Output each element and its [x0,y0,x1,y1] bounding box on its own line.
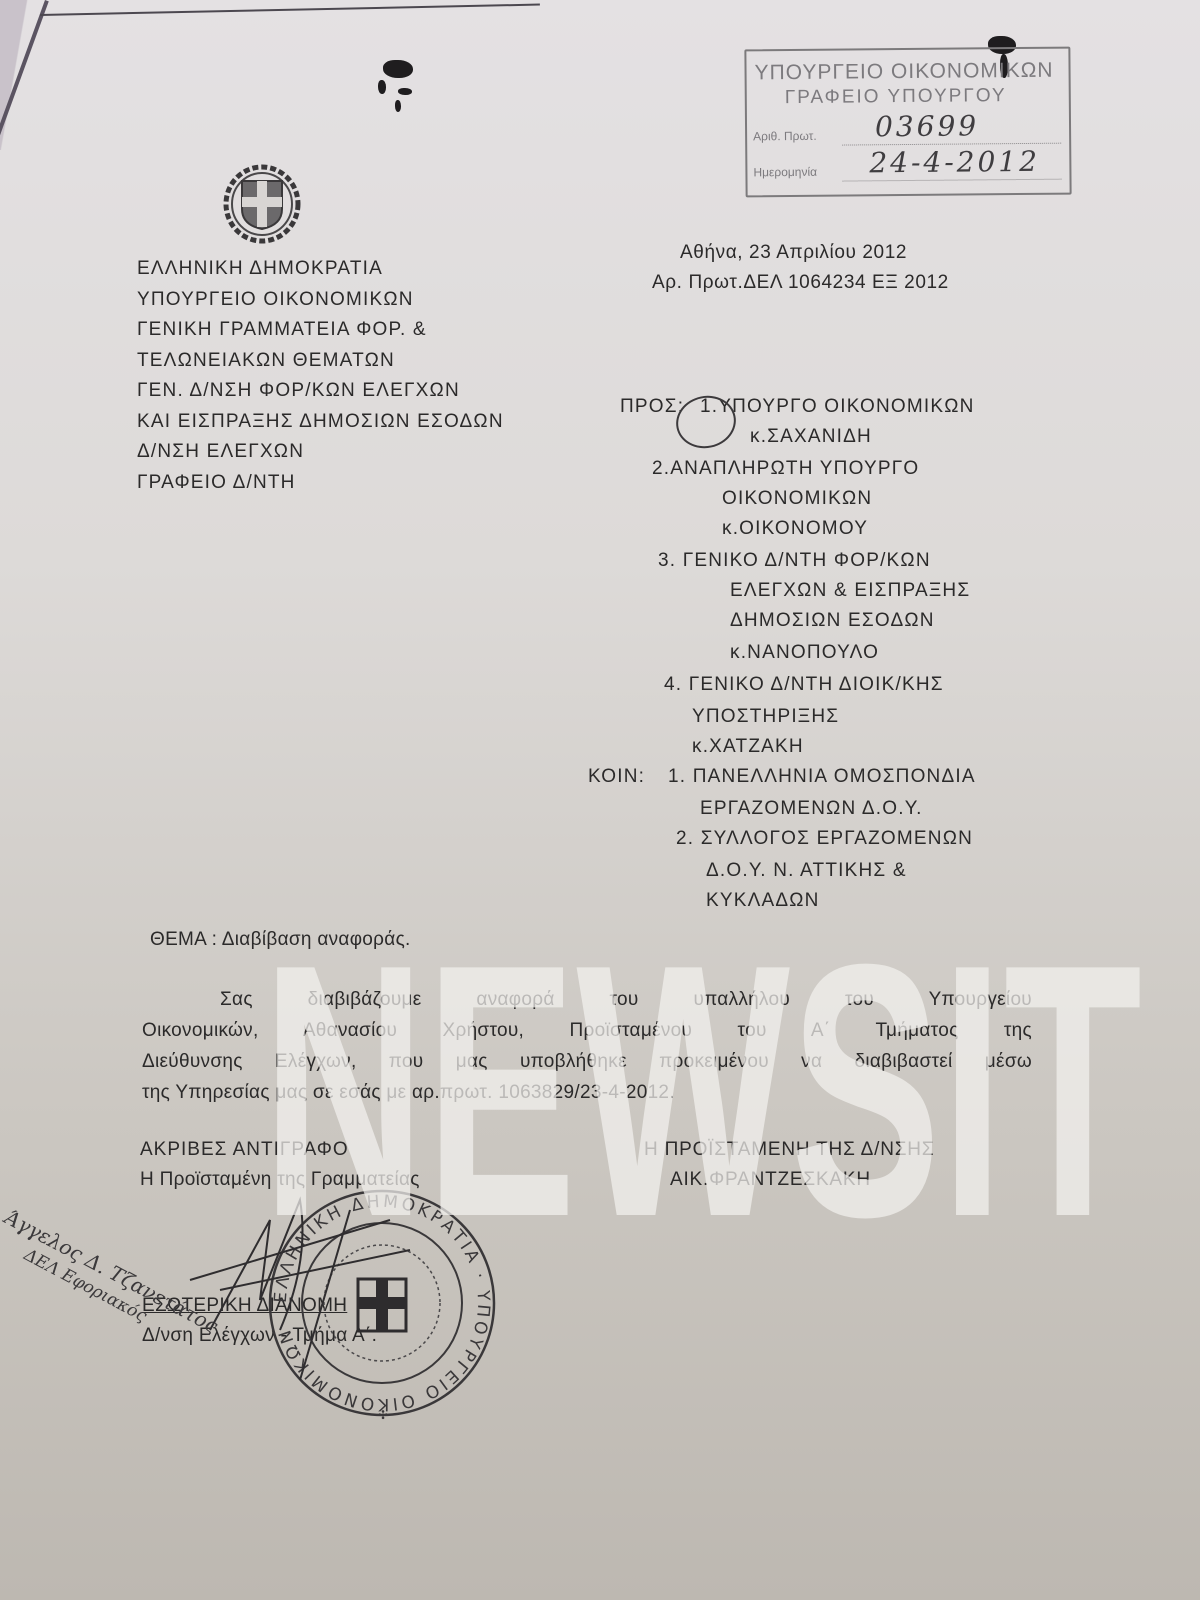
sender-line: ΤΕΛΩΝΕΙΑΚΩΝ ΘΕΜΑΤΩΝ [137,346,504,377]
body-line: της Υπηρεσίας μας σε εσάς με αρ.πρωτ. 10… [142,1077,1032,1108]
cc-line: ΚΥΚΛΑΔΩΝ [706,886,820,917]
recipient-line: 3. ΓΕΝΙΚΟ Δ/ΝΤΗ ΦΟΡ/ΚΩΝ [658,546,931,577]
signatory-name: ΑΙΚ.ΦΡΑΝΤΖΕΣΚΑΚΗ [670,1164,871,1195]
recipient-line: κ.ΧΑΤΖΑΚΗ [692,732,804,763]
handwritten-signature [150,1180,470,1380]
sender-line: ΓΡΑΦΕΙΟ Δ/ΝΤΗ [137,468,504,499]
sender-line: ΚΑΙ ΕΙΣΠΡΑΞΗΣ ΔΗΜΟΣΙΩΝ ΕΣΟΔΩΝ [137,407,504,438]
cc-line: 2. ΣΥΛΛΟΓΟΣ ΕΡΓΑΖΟΜΕΝΩΝ [676,824,973,855]
cc-line: Δ.Ο.Υ. Ν. ΑΤΤΙΚΗΣ & [706,856,907,887]
recipient-line: ΕΛΕΓΧΩΝ & ΕΙΣΠΡΑΞΗΣ [730,576,970,607]
sender-line: ΓΕΝ. Δ/ΝΣΗ ΦΟΡ/ΚΩΝ ΕΛΕΓΧΩΝ [137,376,504,407]
recipient-line: ΥΠΟΣΤΗΡΙΞΗΣ [692,702,839,733]
recipient-line: κ.ΝΑΝΟΠΟΥΛΟ [730,638,879,669]
received-stamp-date-value: 24-4-2012 [869,145,1040,179]
recipient-line: 4. ΓΕΝΙΚΟ Δ/ΝΤΗ ΔΙΟΙΚ/ΚΗΣ [664,670,944,701]
body-line: Σας διαβιβάζουμε αναφορά του υπαλλήλου τ… [142,984,1032,1015]
sender-line: ΓΕΝΙΚΗ ΓΡΑΜΜΑΤΕΙΑ ΦΟΡ. & [137,315,504,346]
sender-block: ΕΛΛΗΝΙΚΗ ΔΗΜΟΚΡΑΤΙΑ ΥΠΟΥΡΓΕΙΟ ΟΙΚΟΝΟΜΙΚΩ… [137,254,504,498]
page-top-fold [40,4,540,16]
received-stamp-date-label: Ημερομηνία [753,165,817,180]
document-protocol-number: Αρ. Πρωτ.ΔΕΛ 1064234 ΕΞ 2012 [652,268,949,299]
received-stamp-protocol-label: Αριθ. Πρωτ. [753,129,817,144]
cc-label: ΚΟΙΝ: [588,762,645,793]
recipient-line: 2.ΑΝΑΠΛΗΡΩΤΗ ΥΠΟΥΡΓΟ [652,454,919,485]
certified-copy-title: ΑΚΡΙΒΕΣ ΑΝΤΙΓΡΑΦΟ [140,1134,349,1165]
body-paragraph: Σας διαβιβάζουμε αναφορά του υπαλλήλου τ… [142,984,1032,1108]
recipient-line: κ.ΟΙΚΟΝΟΜΟΥ [722,514,868,545]
received-stamp-ministry: ΥΠΟΥΡΓΕΙΟ ΟΙΚΟΝΟΜΙΚΩΝ [754,59,1053,86]
received-stamp: ΥΠΟΥΡΓΕΙΟ ΟΙΚΟΝΟΜΙΚΩΝ ΓΡΑΦΕΙΟ ΥΠΟΥΡΓΟΥ Α… [744,47,1071,198]
sender-line: Δ/ΝΣΗ ΕΛΕΓΧΩΝ [137,437,504,468]
recipient-line: ΔΗΜΟΣΙΩΝ ΕΣΟΔΩΝ [730,606,935,637]
sender-line: ΥΠΟΥΡΓΕΙΟ ΟΙΚΟΝΟΜΙΚΩΝ [137,285,504,316]
received-stamp-protocol-value: 03699 [875,109,979,143]
received-stamp-office: ΓΡΑΦΕΙΟ ΥΠΟΥΡΓΟΥ [785,85,1007,109]
recipient-line: κ.ΣΑΧΑΝΙΔΗ [750,422,872,453]
recipient-line: ΟΙΚΟΝΟΜΙΚΩΝ [722,484,872,515]
document-date: Αθήνα, 23 Απριλίου 2012 [680,238,907,269]
signatory-role: Η ΠΡΟΪΣΤΑΜΕΝΗ ΤΗΣ Δ/ΝΣΗΣ [644,1134,934,1165]
subject-line: ΘΕΜΑ : Διαβίβαση αναφοράς. [150,924,411,955]
recipient-line: 1.ΥΠΟΥΡΓΟ ΟΙΚΟΝΟΜΙΚΩΝ [700,392,975,423]
body-line: Οικονομικών, Αθανασίου Χρήστου, Προϊσταμ… [142,1015,1032,1046]
cc-line: ΕΡΓΑΖΟΜΕΝΩΝ Δ.Ο.Υ. [700,794,923,825]
sender-line: ΕΛΛΗΝΙΚΗ ΔΗΜΟΚΡΑΤΙΑ [137,254,504,285]
body-line: Διεύθυνσης Ελέγχων, που μας υποβλήθηκε π… [142,1046,1032,1077]
greek-coat-of-arms-icon [222,163,302,245]
svg-text:✣: ✣ [378,1408,388,1422]
to-label: ΠΡΟΣ: [620,392,684,423]
cc-line: 1. ΠΑΝΕΛΛΗΝΙΑ ΟΜΟΣΠΟΝΔΙΑ [668,762,976,793]
